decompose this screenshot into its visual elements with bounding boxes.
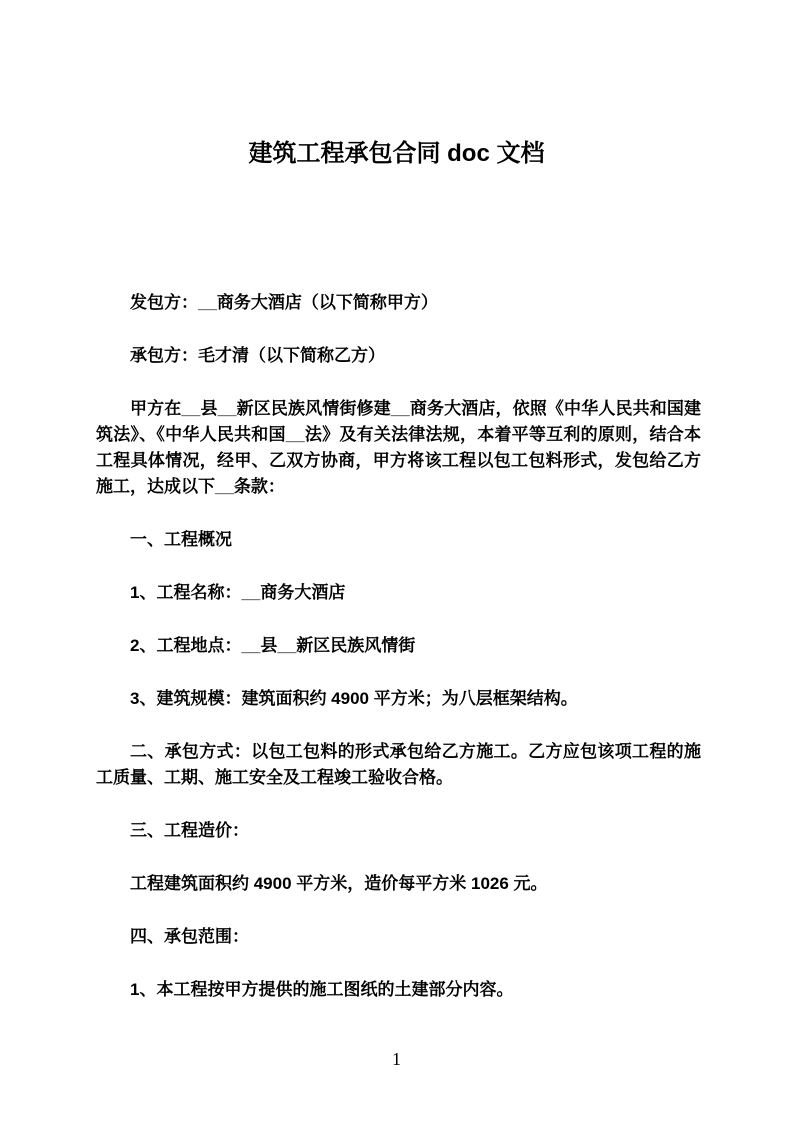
- document-page: 建筑工程承包合同 doc 文档 发包方：__商务大酒店（以下简称甲方）承包方：毛…: [0, 0, 793, 1122]
- paragraph: 1、本工程按甲方提供的施工图纸的土建部分内容。: [96, 977, 701, 1003]
- paragraph: 甲方在__县__新区民族风情街修建__商务大酒店，依照《中华人民共和国建筑法》、…: [96, 396, 701, 500]
- paragraph: 2、工程地点：__县__新区民族风情街: [96, 633, 701, 659]
- paragraph: 承包方：毛才清（以下简称乙方）: [96, 343, 701, 369]
- paragraph: 四、承包范围：: [96, 924, 701, 950]
- paragraph: 二、承包方式：以包工包料的形式承包给乙方施工。乙方应包该项工程的施工质量、工期、…: [96, 739, 701, 791]
- document-title: 建筑工程承包合同 doc 文档: [0, 137, 793, 170]
- paragraph: 1、工程名称：__商务大酒店: [96, 580, 701, 606]
- paragraph: 3、建筑规模：建筑面积约 4900 平方米；为八层框架结构。: [96, 686, 701, 712]
- document-body: 发包方：__商务大酒店（以下简称甲方）承包方：毛才清（以下简称乙方）甲方在__县…: [96, 290, 701, 1003]
- paragraph: 发包方：__商务大酒店（以下简称甲方）: [96, 290, 701, 316]
- page-number: 1: [0, 1049, 793, 1069]
- paragraph: 一、工程概况: [96, 527, 701, 553]
- paragraph: 工程建筑面积约 4900 平方米，造价每平方米 1026 元。: [96, 871, 701, 897]
- paragraph: 三、工程造价：: [96, 818, 701, 844]
